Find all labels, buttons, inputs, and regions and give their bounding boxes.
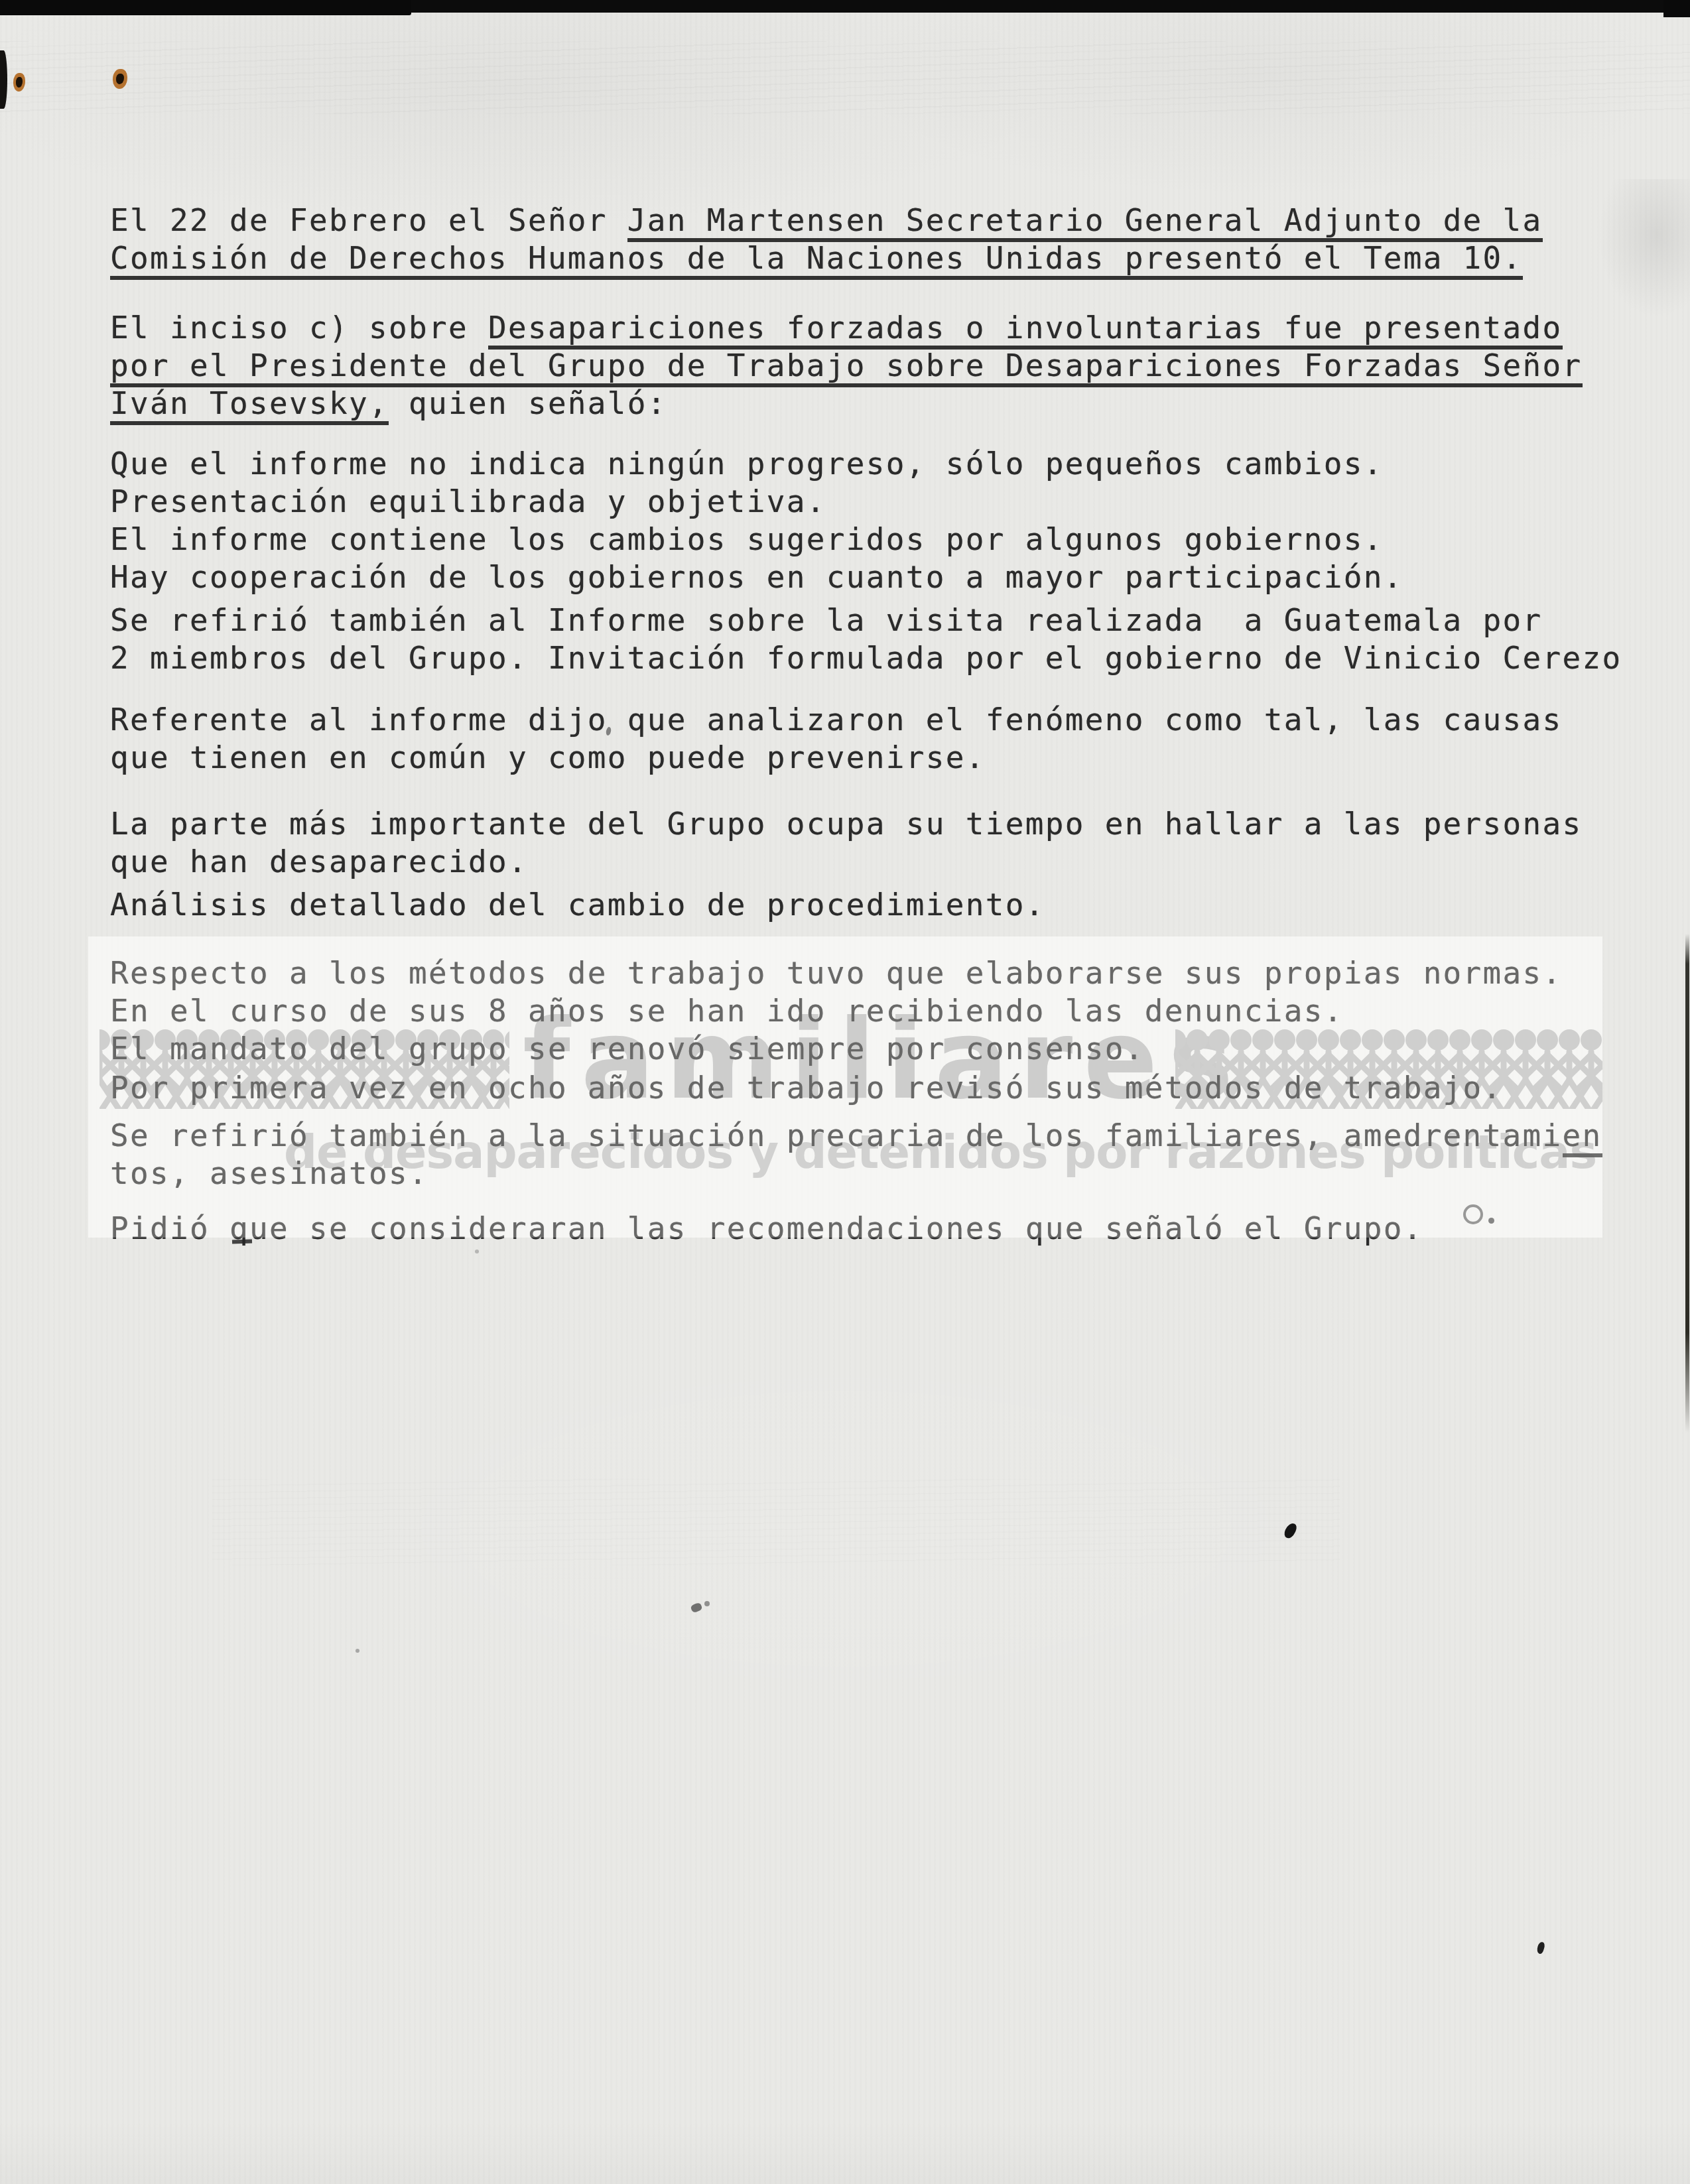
scanned-document-page: familiares de desaparecidos y detenidos … [0,0,1690,2184]
typewritten-line: tos, asesinatos. [110,1155,1602,1192]
typewritten-line: Pidió que se consideraran las recomendac… [110,1210,1423,1248]
ink-speck [1463,1204,1483,1224]
ink-speck [356,1649,359,1653]
typewritten-line: Presentación equilibrada y objetiva. [110,483,1403,521]
typewritten-line: 2 miembros del Grupo. Invitación formula… [110,639,1622,677]
paragraph: La parte más importante del Grupo ocupa … [110,805,1583,881]
typewritten-line: El mandato del grupo se renovó siempre p… [110,1030,1563,1068]
paragraph: El inciso c) sobre Desapariciones forzad… [110,309,1583,422]
paragraph: Análisis detallado del cambio de procedi… [110,886,1045,924]
typewritten-line: Por primera vez en ocho años de trabajo … [110,1069,1503,1107]
typewritten-line: El informe contiene los cambios sugerido… [110,521,1403,558]
ink-speck [475,1250,479,1253]
typewritten-line: que tienen en común y como puede preveni… [110,739,1563,777]
typewritten-line: La parte más importante del Grupo ocupa … [110,805,1583,843]
typewritten-line: que han desaparecido. [110,843,1583,881]
paragraph: Respecto a los métodos de trabajo tuvo q… [110,954,1563,1068]
ink-speck [232,1239,252,1244]
typewritten-line: El 22 de Febrero el Señor Jan Martensen … [110,202,1543,239]
typewritten-line: Respecto a los métodos de trabajo tuvo q… [110,954,1563,992]
paper-edge-mark [0,50,7,109]
ink-speck [1488,1218,1494,1224]
typewritten-line: Se refirió también al Informe sobre la v… [110,602,1622,639]
typewritten-line: Referente al informe dijo que analizaron… [110,701,1563,739]
scan-fold-line [1685,934,1689,1433]
typewritten-line: Hay cooperación de los gobiernos en cuan… [110,558,1403,596]
paragraph: Por primera vez en ocho años de trabajo … [110,1069,1503,1107]
typewritten-line: En el curso de sus 8 años se han ido rec… [110,992,1563,1030]
typewritten-line: El inciso c) sobre Desapariciones forzad… [110,309,1583,347]
typewritten-line: por el Presidente del Grupo de Trabajo s… [110,347,1583,385]
scanner-edge-bar-corner [1663,0,1690,17]
typewritten-text-layer: El 22 de Febrero el Señor Jan Martensen … [0,0,1690,2184]
typewritten-line: Análisis detallado del cambio de procedi… [110,886,1045,924]
typewritten-line: Que el informe no indica ningún progreso… [110,445,1403,483]
typewritten-line: Iván Tosevsky, quien señaló: [110,385,1583,422]
paragraph: Que el informe no indica ningún progreso… [110,445,1403,596]
paragraph: Se refirió también al Informe sobre la v… [110,602,1622,677]
paragraph: El 22 de Febrero el Señor Jan Martensen … [110,202,1543,277]
typewritten-line: Comisión de Derechos Humanos de la Nacio… [110,239,1543,277]
scanner-edge-bar-left [0,0,411,15]
typewritten-line: Se refirió también a la situación precar… [110,1117,1602,1155]
paragraph: Referente al informe dijo que analizaron… [110,701,1563,777]
paragraph: Pidió que se consideraran las recomendac… [110,1210,1423,1248]
paragraph: Se refirió también a la situación precar… [110,1117,1602,1192]
ink-speck [704,1601,710,1606]
